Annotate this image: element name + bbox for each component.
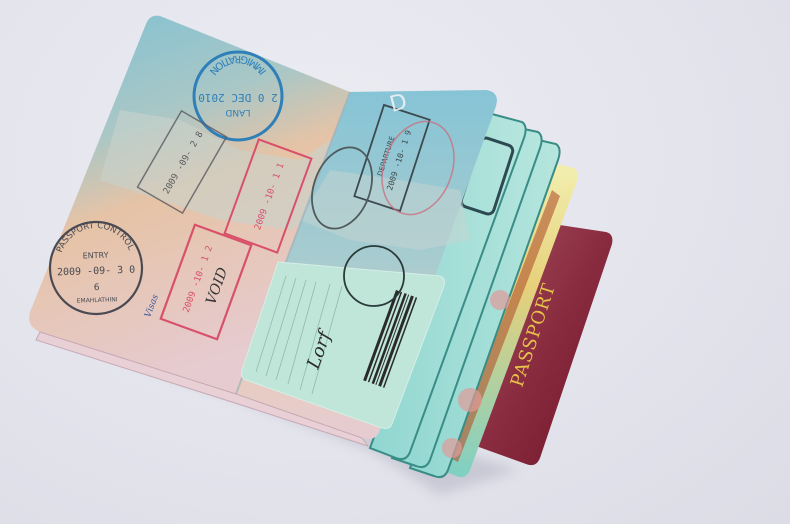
photo-scene: PASSPORT PASSPORT CONTROL ENTR: [0, 0, 790, 524]
svg-text:2 0 DEC 2010: 2 0 DEC 2010: [198, 91, 277, 104]
passport-photo: PASSPORT PASSPORT CONTROL ENTR: [0, 0, 790, 524]
svg-text:ENTRY: ENTRY: [82, 251, 108, 261]
svg-text:EMAHLATHINI: EMAHLATHINI: [77, 296, 118, 304]
svg-text:LAND: LAND: [225, 107, 250, 117]
svg-text:6: 6: [94, 283, 100, 293]
